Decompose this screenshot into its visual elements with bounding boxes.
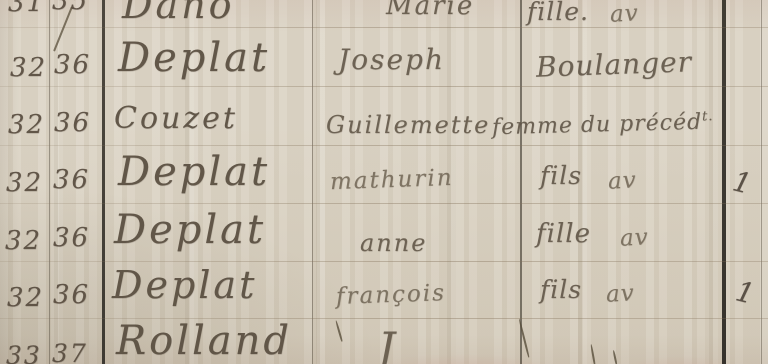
entry-number: 36 [54,110,91,136]
household-number: 32 [7,285,44,311]
partial-ink-stroke [335,320,343,342]
surname-entry: Deplat [118,152,270,192]
firstname-entry: J [378,327,397,364]
entry-number: 35 [52,0,89,14]
entry-number: 36 [54,52,91,78]
household-number: 33 [6,343,42,364]
surname-entry: Rolland [116,321,292,361]
firstname-entry: Guillemette [326,113,490,137]
relation-entry: fille. [527,0,589,24]
register-page-photo: 31 35 Dano Marie fille. av 32 36 Deplat … [0,0,768,364]
household-number: 32 [8,112,45,138]
household-number: 31 [8,0,45,16]
firstname-entry: Joseph [338,46,445,74]
column-divider-line [520,0,522,364]
surname-entry: Dano [122,0,234,24]
surname-entry: Deplat [118,38,270,78]
row-rule-line [0,86,768,87]
relation-abbrev: av [607,169,637,193]
household-number: 32 [10,55,47,81]
relation-text: femme du précéd [492,110,703,140]
tally-mark: 1 [733,277,757,308]
entry-number: 37 [52,341,88,364]
relation-entry: fils [540,277,582,302]
relation-abbrev: av [605,282,635,306]
row-rule-line [0,145,768,146]
household-number: 32 [5,228,42,254]
partial-ink-stroke [612,350,617,364]
firstname-entry: anne [360,231,427,255]
occupation-entry: Boulanger [536,48,693,81]
firstname-entry: mathurin [330,167,454,194]
entry-number: 36 [53,225,90,251]
column-divider-line [761,0,762,364]
relation-abbrev: av [609,2,639,26]
column-divider-line [49,0,50,364]
row-rule-line [0,203,768,204]
surname-entry: Couzet [114,104,238,134]
partial-ink-stroke [590,344,596,364]
household-number: 32 [6,170,43,196]
relation-abbrev: av [619,226,649,250]
surname-entry: Deplat [114,210,266,250]
relation-entry: fille [536,221,591,247]
entry-number: 36 [53,282,90,308]
relation-entry: fils [540,163,582,188]
column-divider-line [312,0,313,364]
row-rule-line [0,261,768,262]
column-divider-line-thick [102,0,105,364]
column-divider-line-thick [722,0,726,364]
relation-entry: femme du précédt. [492,110,714,139]
entry-number: 36 [53,167,90,193]
tally-mark: 1 [730,167,754,198]
row-rule-line [0,27,768,28]
firstname-entry: françois [336,282,447,309]
firstname-entry: Marie [386,0,474,19]
surname-entry: Deplat [112,266,257,304]
relation-superscript: t. [702,109,714,124]
